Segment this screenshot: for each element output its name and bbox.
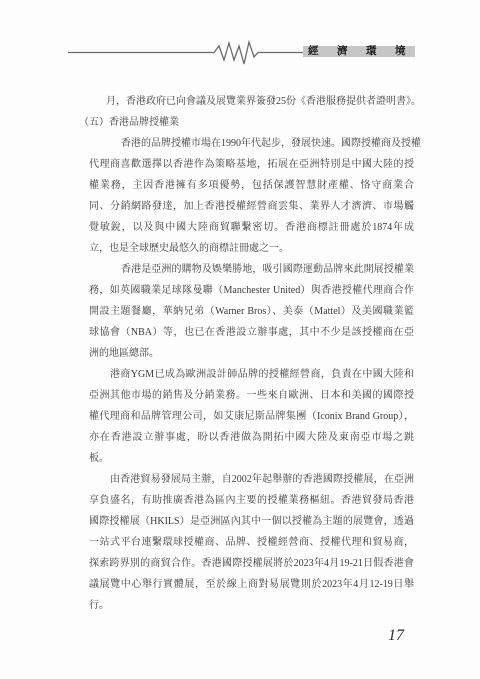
text-line: 享負盛名，有助推廣香港為區內主要的授權業務樞紐。香港貿發局香港 [89,490,414,511]
text-line: 同、分銷網路發達，加上香港授權經營商雲集、業界人才濟濟、市場觸 [89,196,414,217]
text-line: 香港的品牌授權市場在1990年代起步，發展快速。國際授權商及授權 [121,133,414,154]
text-line: 板。 [89,448,414,469]
document-body: 月，香港政府已向會議及展覽業界簽發25份《香港服務提供者證明書》。 （五）香港品… [0,91,480,616]
header-title-bar: 經濟環境 [303,46,415,57]
text-line: 權業務，主因香港擁有多項優勢，包括保護智慧財產權、恪守商業合 [89,175,414,196]
text-line: 香港是亞洲的購物及娛樂勝地，吸引國際運動品牌來此開展授權業 [121,259,414,280]
text-line: 覺敏銳，以及與中國大陸商貿聯繫密切。香港商標註冊處於1874年成 [89,217,414,238]
text-line: 月，香港政府已向會議及展覽業界簽發25份《香港服務提供者證明書》。 [106,91,414,112]
text-line: 行。 [89,595,414,616]
text-line: 球協會（NBA）等，也已在香港設立辦事處，其中不少是該授權商在亞 [89,322,414,343]
header-title: 經濟環境 [303,46,424,57]
text-line: 一站式平台連繫環球授權商、品牌、授權經營商、授權代理和貿易商， [89,532,414,553]
pulse-line-graphic [68,38,306,68]
text-line: 立，也是全球歷史最悠久的商標註冊處之一。 [89,238,414,259]
text-line: 國際授權展（HKILS）是亞洲區內其中一個以授權為主題的展覽會，透過 [89,511,414,532]
text-line: 探索跨界別的商貿合作。香港國際授權展將於2023年4月19-21日假香港會 [89,553,414,574]
document-page: 經濟環境 月，香港政府已向會議及展覽業界簽發25份《香港服務提供者證明書》。 （… [0,0,480,679]
text-line: 亞洲其他市場的銷售及分銷業務。一些來自歐洲、日本和美國的國際授 [89,385,414,406]
text-line: 港商YGM已成為歐洲設計師品牌的授權經營商，負責在中國大陸和 [110,364,414,385]
page-number: 17 [388,627,404,645]
text-line: 洲的地區總部。 [89,343,414,364]
text-line: 亦在香港設立辦事處，盼以香港做為開拓中國大陸及東南亞市場之跳 [89,427,414,448]
text-line: 權代理商和品牌管理公司，如艾康尼斯品牌集團（Iconix Brand Group… [89,406,414,427]
text-line: 代理商喜歡選擇以香港作為策略基地，拓展在亞洲特別是中國大陸的授 [89,154,414,175]
section-heading: （五）香港品牌授權業 [79,112,480,133]
text-line: 議展覽中心舉行實體展，至於線上商對易展覽則於2023年4月12-19日舉 [89,574,414,595]
text-line: 開設主題餐廳，華納兄弟（Warner Bros）、美泰（Mattel）及美國職業… [89,301,414,322]
text-line: 由香港貿易發展局主辦，自2002年起舉辦的香港國際授權展，在亞洲 [110,469,414,490]
text-line: 務，如英國職業足球隊曼聯（Manchester United）與香港授權代理商合… [89,280,414,301]
